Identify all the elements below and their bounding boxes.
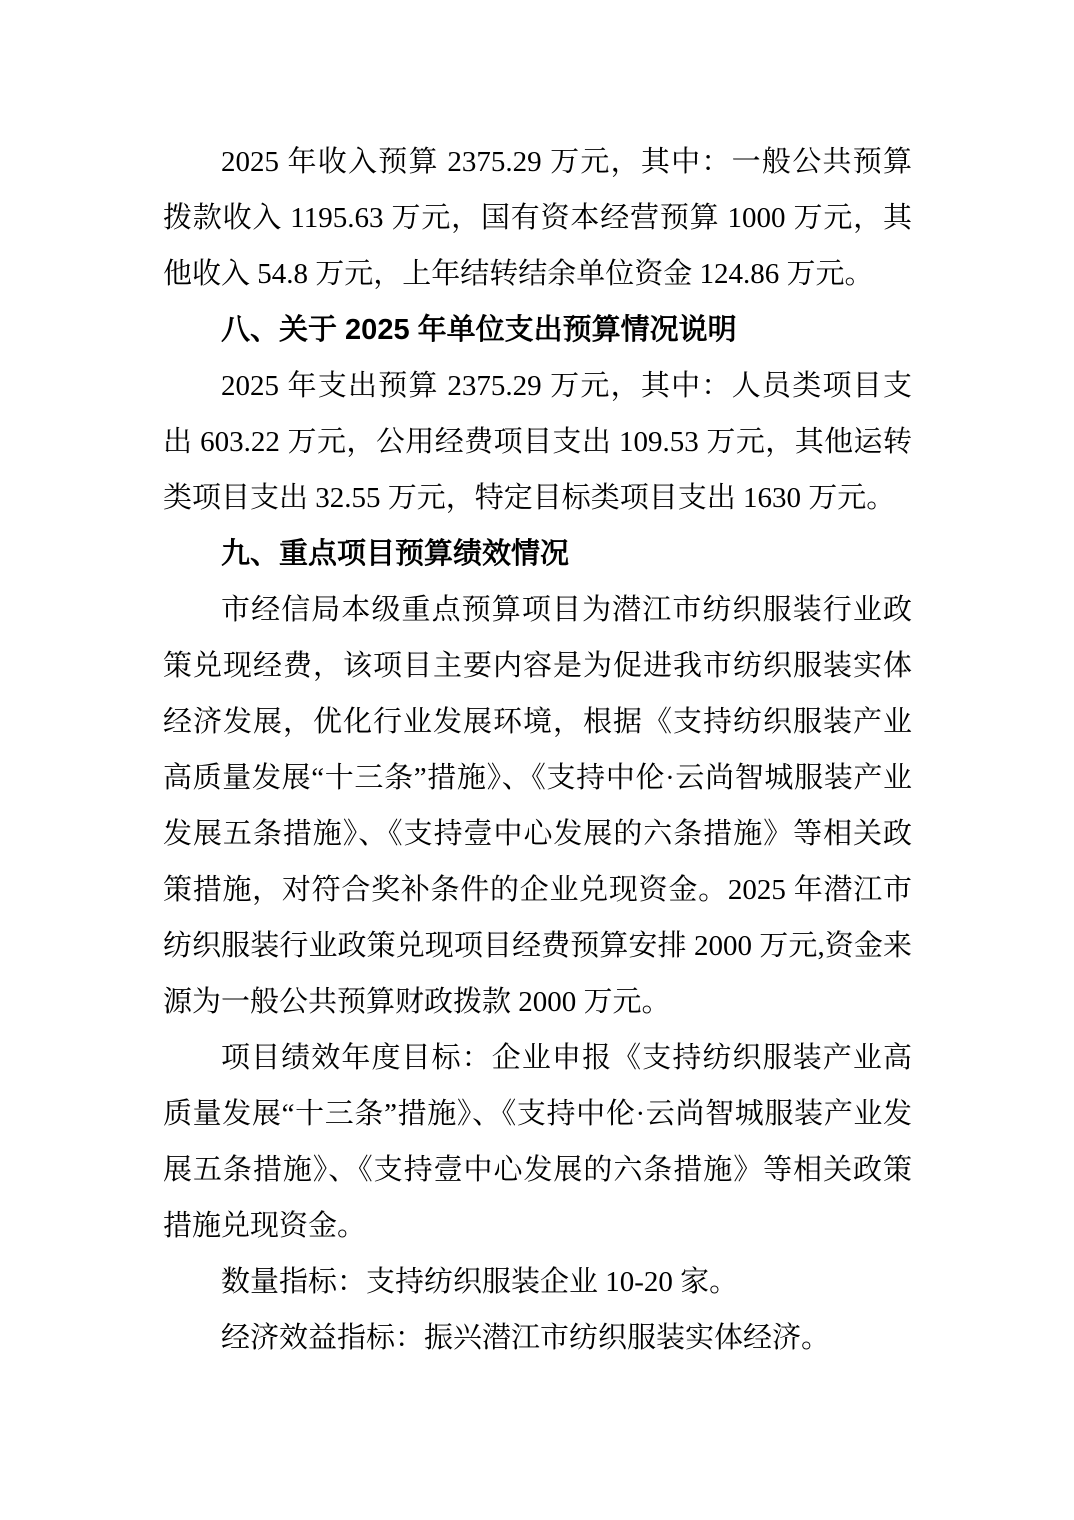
document-page: 2025 年收入预算 2375.29 万元，其中：一般公共预算拨款收入 1195…	[0, 0, 1074, 1520]
economic-benefit-indicator-paragraph: 经济效益指标：振兴潜江市纺织服装实体经济。	[163, 1310, 912, 1366]
expenditure-budget-paragraph: 2025 年支出预算 2375.29 万元，其中：人员类项目支出 603.22 …	[163, 358, 912, 526]
annual-performance-goal-paragraph: 项目绩效年度目标：企业申报《支持纺织服装产业高质量发展“十三条”措施》、《支持中…	[163, 1030, 912, 1254]
section-heading-9: 九、重点项目预算绩效情况	[163, 526, 912, 582]
quantity-indicator-paragraph: 数量指标：支持纺织服装企业 10-20 家。	[163, 1254, 912, 1310]
section-heading-8: 八、关于 2025 年单位支出预算情况说明	[163, 302, 912, 358]
document-text-block: 2025 年收入预算 2375.29 万元，其中：一般公共预算拨款收入 1195…	[163, 134, 912, 1366]
key-project-paragraph: 市经信局本级重点预算项目为潜江市纺织服装行业政策兑现经费，该项目主要内容是为促进…	[163, 582, 912, 1030]
income-budget-paragraph: 2025 年收入预算 2375.29 万元，其中：一般公共预算拨款收入 1195…	[163, 134, 912, 302]
